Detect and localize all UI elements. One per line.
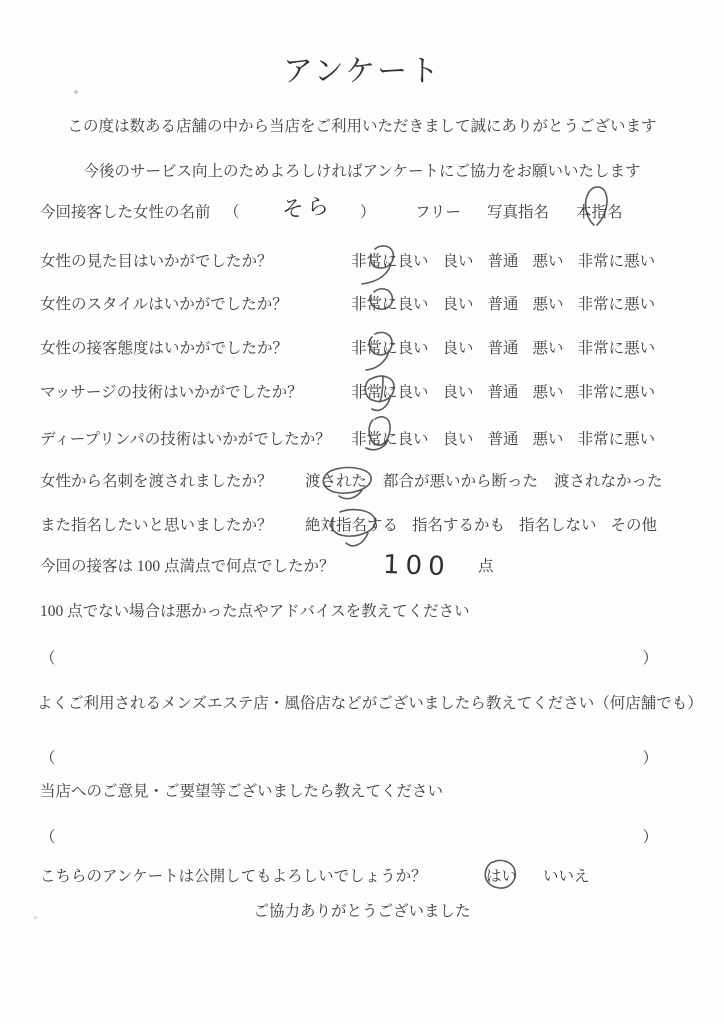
question-label: 女性から名刺を渡されましたか？ xyxy=(40,473,273,491)
close-paren: ） xyxy=(642,825,658,847)
name-option: 写真指名 xyxy=(487,204,549,222)
intro-line: 今後のサービス向上のためよろしければアンケートにご協力をお願いいたします xyxy=(0,163,724,181)
rating-option: 良い xyxy=(443,253,474,271)
card-option: 都合が悪いから断った xyxy=(383,473,538,491)
publish-question-row: こちらのアンケートは公開してもよろしいでしょうか？ はい いいえ xyxy=(40,868,427,886)
question-label: 今回接客した女性の名前 xyxy=(40,204,211,222)
name-option: フリー xyxy=(415,204,461,222)
name-option-selected: 本指名 xyxy=(576,204,623,222)
handwritten-score: 100 xyxy=(382,551,451,583)
closing-line: ご協力ありがとうございました xyxy=(0,903,724,921)
question-label: マッサージの技術はいかがでしたか？ xyxy=(40,384,303,402)
free-answer-line: （ ） xyxy=(40,646,658,668)
question-label: 女性のスタイルはいかがでしたか？ xyxy=(40,296,288,314)
rating-option-selected: 非常に良い xyxy=(351,340,429,358)
close-paren: ） xyxy=(642,646,658,668)
rating-option: 普通 xyxy=(488,431,519,449)
repeat-question-row: また指名したいと思いましたか？ 絶対指名する 指名するかも 指名しない その他 xyxy=(40,517,273,535)
rating-option-selected: 非常に良い xyxy=(351,253,429,271)
rating-option: 普通 xyxy=(488,296,519,314)
close-paren: ） xyxy=(360,204,376,222)
repeat-option: 指名するかも xyxy=(412,517,505,535)
rating-options: 非常に良い 良い 普通 悪い 非常に悪い xyxy=(351,384,655,402)
publish-option: いいえ xyxy=(543,868,590,886)
free-prompt: よくご利用されるメンズエステ店・風俗店などがございましたら教えてください（何店舗… xyxy=(37,695,703,713)
rating-option: 良い xyxy=(443,384,474,402)
question-label: ディープリンパの技術はいかがでしたか？ xyxy=(40,431,331,449)
rating-option-selected: 非常に良い xyxy=(351,296,429,314)
rating-option: 普通 xyxy=(488,384,519,402)
rating-question-row: 女性の接客態度はいかがでしたか？ 非常に良い 良い 普通 悪い 非常に悪い xyxy=(40,340,288,358)
score-question-row: 今回の接客は 100 点満点で何点でしたか？ 100 点 xyxy=(40,558,335,576)
rating-question-row: ディープリンパの技術はいかがでしたか？ 非常に良い 良い 普通 悪い 非常に悪い xyxy=(40,431,331,449)
handwritten-name: そら xyxy=(281,194,333,224)
open-paren: （ xyxy=(224,204,240,222)
page-title: アンケート xyxy=(0,55,724,90)
rating-option: 悪い xyxy=(533,253,564,271)
rating-option: 悪い xyxy=(533,340,564,358)
question-label: 今回の接客は 100 点満点で何点でしたか？ xyxy=(40,558,335,576)
free-prompt: 100 点でない場合は悪かった点やアドバイスを教えてください xyxy=(40,603,470,621)
question-label: また指名したいと思いましたか？ xyxy=(40,517,273,535)
rating-option: 普通 xyxy=(488,340,519,358)
scanned-survey-page: アンケート この度は数ある店舗の中から当店をご利用いただきまして誠にありがとうご… xyxy=(0,0,724,1024)
rating-option: 非常に悪い xyxy=(578,384,656,402)
repeat-options: 絶対指名する 指名するかも 指名しない その他 xyxy=(305,517,657,535)
card-option-selected: 渡された xyxy=(305,473,367,491)
rating-option: 悪い xyxy=(533,296,564,314)
open-paren: （ xyxy=(40,746,56,768)
question-label: 女性の見た目はいかがでしたか？ xyxy=(40,253,273,271)
publish-option-selected: はい xyxy=(486,868,517,886)
question-label: 女性の接客態度はいかがでしたか？ xyxy=(40,340,288,358)
rating-option: 非常に悪い xyxy=(578,296,656,314)
rating-options: 非常に良い 良い 普通 悪い 非常に悪い xyxy=(351,253,655,271)
open-paren: （ xyxy=(40,646,56,668)
repeat-option-selected: 絶対指名する xyxy=(305,517,398,535)
rating-question-row: マッサージの技術はいかがでしたか？ 非常に良い 良い 普通 悪い 非常に悪い xyxy=(40,384,303,402)
rating-option: 良い xyxy=(443,431,474,449)
intro-line: この度は数ある店舗の中から当店をご利用いただきまして誠にありがとうございます xyxy=(0,118,724,136)
score-unit: 点 xyxy=(478,558,494,576)
free-prompt: 当店へのご意見・ご要望等ございましたら教えてください xyxy=(40,783,443,801)
rating-option: 良い xyxy=(443,296,474,314)
rating-option-selected: 非常に良い xyxy=(351,431,429,449)
scan-speck xyxy=(74,90,78,94)
card-option: 渡されなかった xyxy=(554,473,663,491)
card-question-row: 女性から名刺を渡されましたか？ 渡された 都合が悪いから断った 渡されなかった xyxy=(40,473,273,491)
rating-option: 良い xyxy=(443,340,474,358)
rating-option: 非常に悪い xyxy=(578,431,656,449)
publish-options: はい いいえ xyxy=(486,868,590,886)
question-label: こちらのアンケートは公開してもよろしいでしょうか？ xyxy=(40,868,427,886)
rating-option: 悪い xyxy=(533,431,564,449)
name-question-row: 今回接客した女性の名前 （ そら ） フリー 写真指名 本指名 xyxy=(40,204,211,222)
close-paren: ） xyxy=(642,746,658,768)
rating-option: 悪い xyxy=(533,384,564,402)
rating-option: 非常に悪い xyxy=(578,253,656,271)
rating-option-selected: 非常に良い xyxy=(351,384,429,402)
repeat-option: 指名しない xyxy=(519,517,597,535)
rating-options: 非常に良い 良い 普通 悪い 非常に悪い xyxy=(351,296,655,314)
rating-question-row: 女性の見た目はいかがでしたか？ 非常に良い 良い 普通 悪い 非常に悪い xyxy=(40,253,273,271)
open-paren: （ xyxy=(40,825,56,847)
rating-option: 非常に悪い xyxy=(578,340,656,358)
rating-options: 非常に良い 良い 普通 悪い 非常に悪い xyxy=(351,340,655,358)
repeat-option: その他 xyxy=(611,517,658,535)
rating-options: 非常に良い 良い 普通 悪い 非常に悪い xyxy=(351,431,655,449)
rating-question-row: 女性のスタイルはいかがでしたか？ 非常に良い 良い 普通 悪い 非常に悪い xyxy=(40,296,288,314)
free-answer-line: （ ） xyxy=(40,825,658,847)
free-answer-line: （ ） xyxy=(40,746,658,768)
rating-option: 普通 xyxy=(488,253,519,271)
card-options: 渡された 都合が悪いから断った 渡されなかった xyxy=(305,473,663,491)
